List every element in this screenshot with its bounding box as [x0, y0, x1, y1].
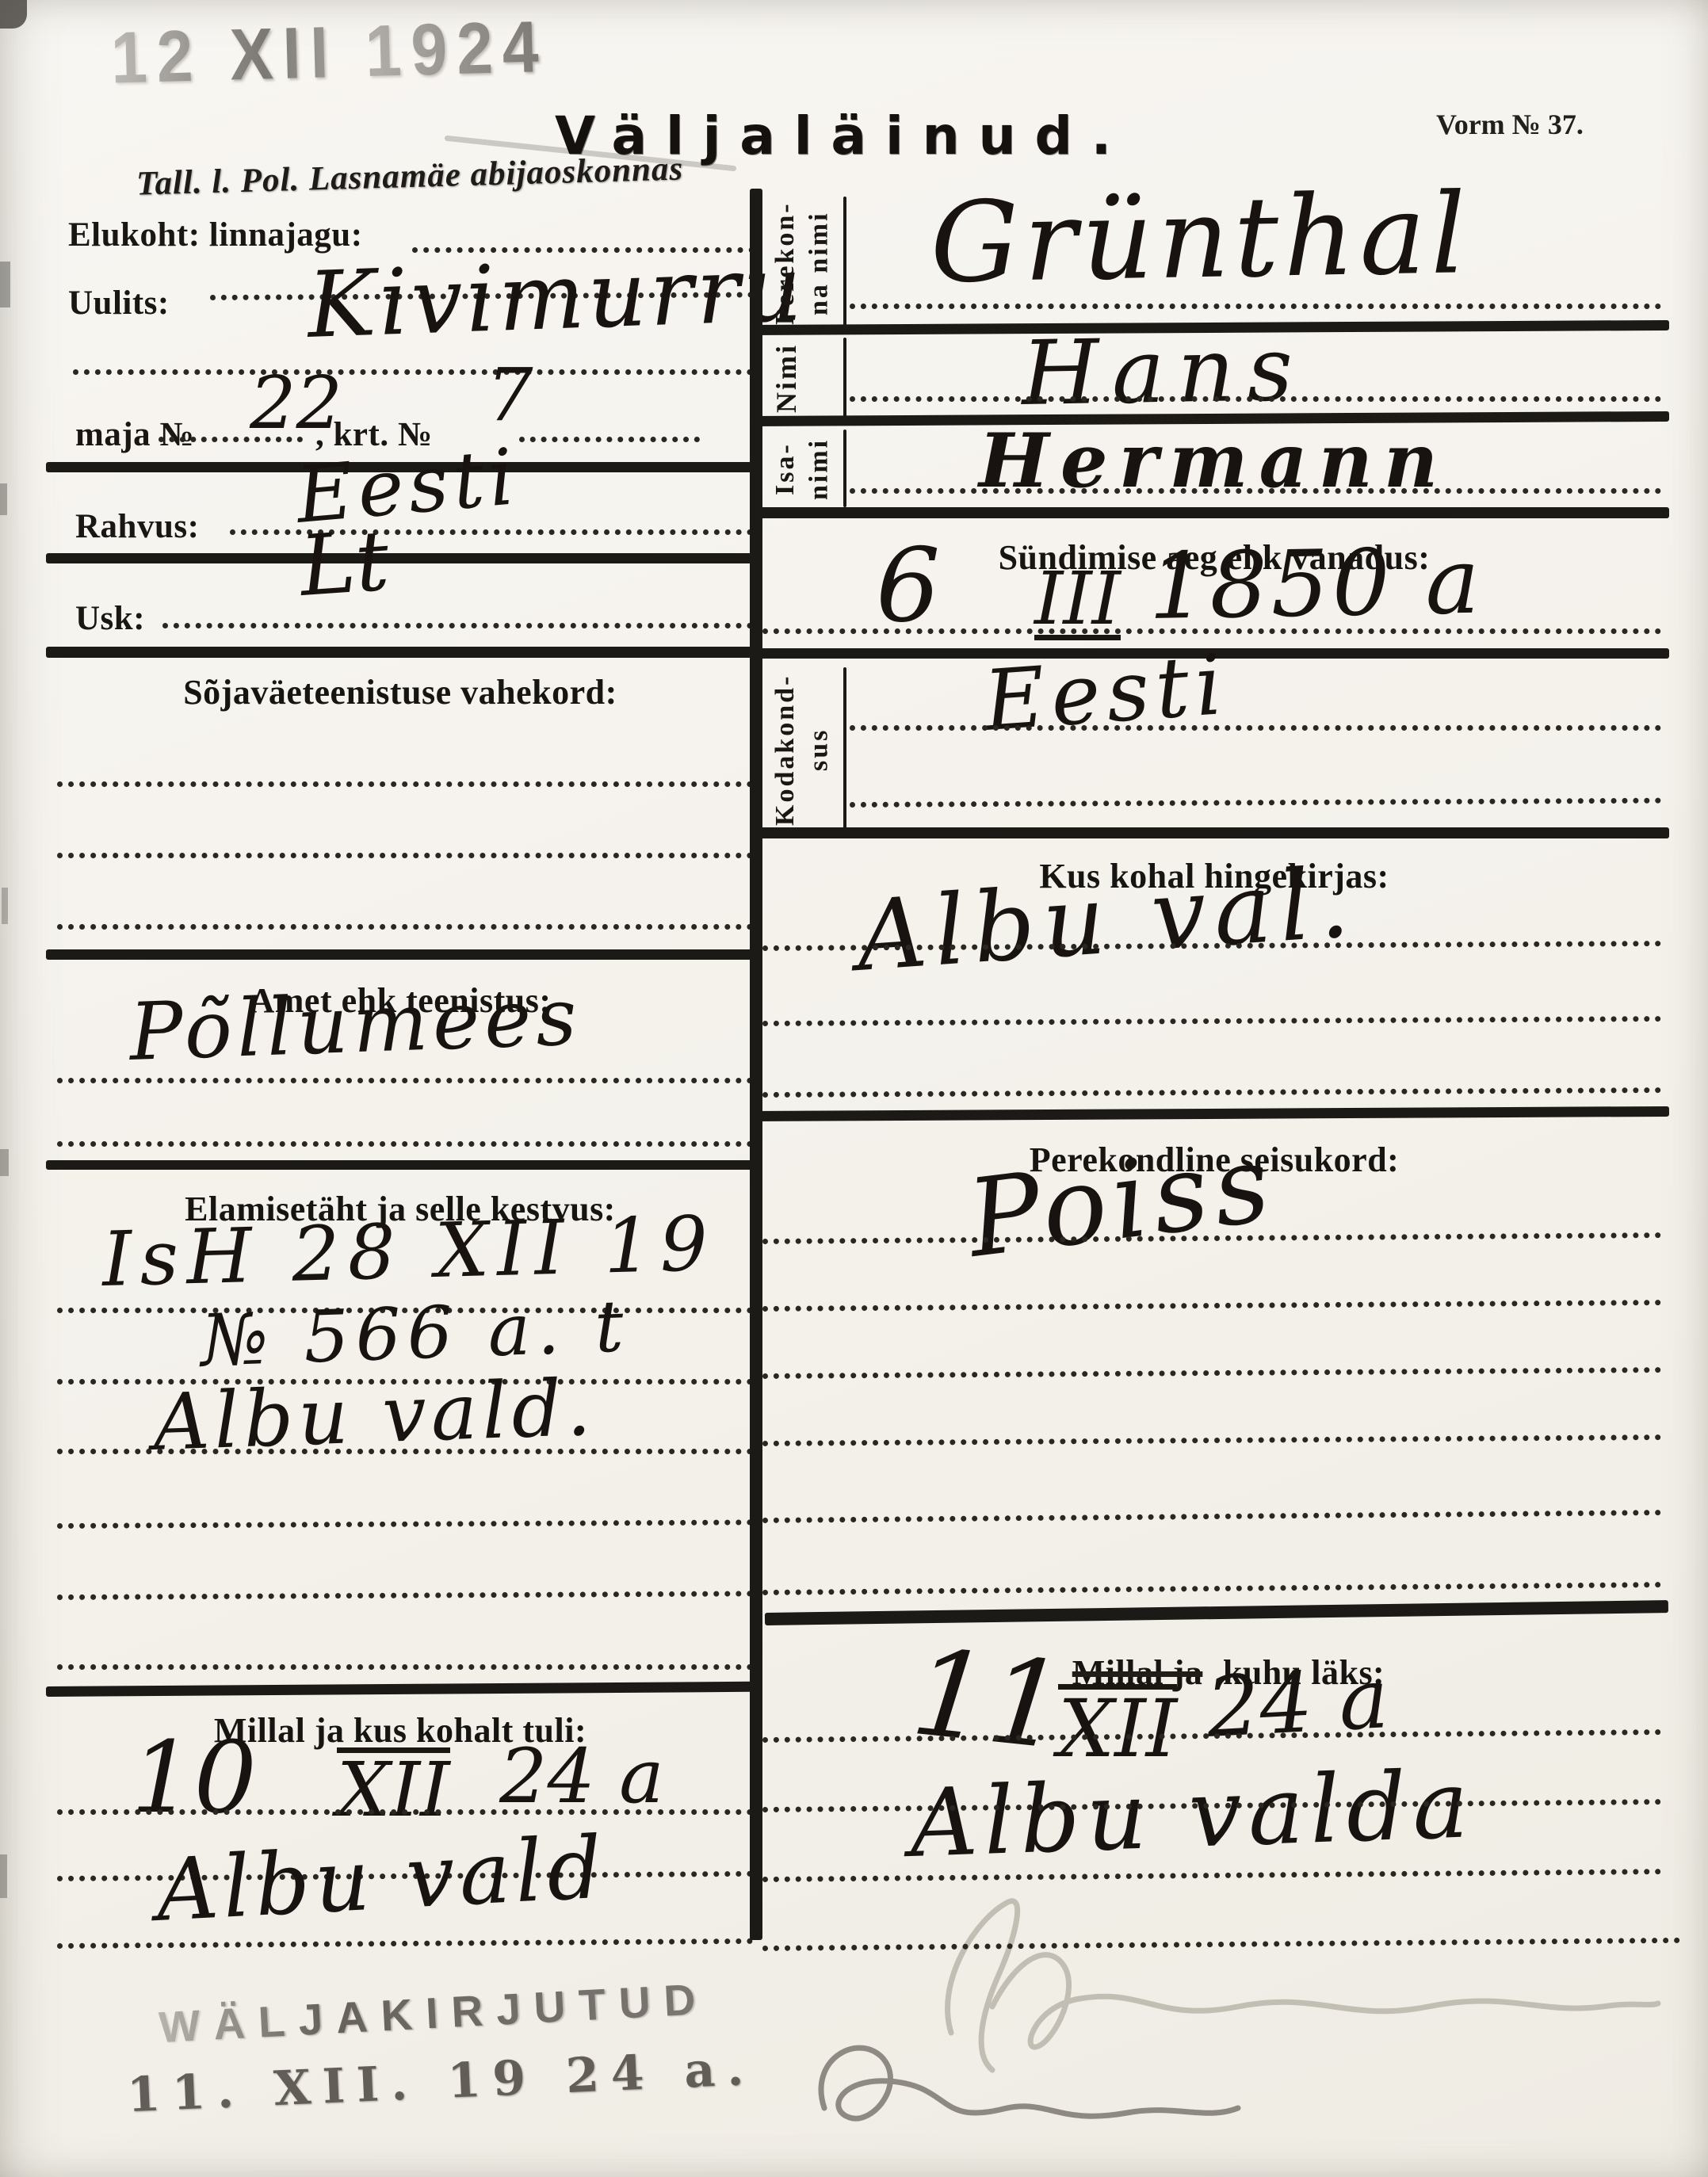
registry-value: Albu val.	[854, 859, 1359, 981]
edge-mark	[2, 888, 8, 924]
edge-mark	[0, 483, 7, 515]
military-heading: Sõjaväeteenistuse vahekord:	[48, 672, 753, 712]
dotted-line	[57, 1809, 753, 1815]
religion-value: Lt	[297, 523, 391, 604]
surname-value: Grünthal	[930, 185, 1472, 294]
occupation-value: Põllumees	[128, 981, 583, 1068]
dotted-line	[519, 437, 700, 442]
edge-mark	[0, 1854, 7, 1898]
departed-place: Albu valda	[908, 1762, 1476, 1866]
house-label: maja №	[75, 415, 194, 454]
apartment-value: 7	[487, 363, 533, 429]
dotted-line	[57, 1078, 753, 1083]
label-rule	[843, 197, 846, 328]
section-rule	[750, 1106, 1669, 1121]
permit-line2: № 566 a. t	[200, 1294, 631, 1373]
permit-line3: Albu vald.	[152, 1373, 597, 1459]
dotted-line	[57, 1591, 753, 1600]
dotted-line	[57, 1519, 753, 1529]
arrived-year: 24 a	[499, 1744, 664, 1812]
arrived-place: Albu vald	[155, 1829, 609, 1930]
section-rule	[46, 1682, 753, 1697]
dotted-line	[162, 623, 753, 628]
received-date-stamp: 12 XII 1924	[110, 6, 549, 101]
dotted-line	[762, 1434, 1661, 1446]
written-out-stamp: WÄLJAKIRJUTUD	[158, 1973, 710, 2053]
dotted-line	[762, 1367, 1661, 1379]
label-rule	[843, 430, 846, 507]
corner-blot	[0, 0, 27, 29]
section-rule	[46, 949, 753, 960]
dotted-line	[57, 1449, 753, 1454]
dotted-line	[57, 853, 753, 858]
departed-day: 11	[907, 1640, 1069, 1762]
dotted-line	[850, 304, 1661, 309]
surname-label: Perekon- na nimi	[769, 200, 845, 327]
edge-mark	[0, 1149, 9, 1176]
section-rule	[46, 1160, 753, 1170]
street-label: Uulits:	[68, 284, 170, 323]
dotted-line	[57, 1141, 753, 1147]
edge-mark	[0, 262, 10, 307]
section-rule	[46, 553, 753, 563]
dotted-line	[57, 924, 753, 930]
dotted-line	[57, 1664, 753, 1670]
dotted-line	[57, 781, 753, 787]
signature-pencil	[904, 1886, 1696, 2092]
dotted-line	[762, 1869, 1661, 1882]
dotted-line	[850, 798, 1661, 808]
section-rule	[765, 1600, 1668, 1625]
label-rule	[843, 338, 846, 417]
section-rule	[750, 507, 1669, 518]
scanned-form-page: 12 XII 1924 Väljaläinud. Vorm № 37. Tall…	[0, 0, 1708, 2177]
dotted-line	[762, 1510, 1661, 1523]
office-stamp: Tall. l. Pol. Lasnamäe abijaoskonnas	[136, 149, 683, 203]
departed-month: XII	[1058, 1684, 1177, 1765]
street-value: Kivimurru	[306, 248, 806, 347]
dotted-line	[762, 1300, 1661, 1312]
citizenship-label: Kodakond- sus	[769, 672, 845, 827]
permit-line1: IsH 28 XII 19	[101, 1211, 716, 1295]
birth-year: 1850 a	[1148, 541, 1484, 629]
column-divider	[750, 189, 762, 1940]
dotted-line	[159, 437, 303, 442]
written-out-date: 11. XII. 19 24 a.	[126, 2041, 757, 2124]
label-rule	[843, 667, 846, 829]
dotted-line	[762, 1087, 1661, 1098]
section-rule	[750, 827, 1669, 838]
dotted-line	[762, 1016, 1661, 1026]
father-label: Isa- nimi	[769, 433, 845, 506]
family-value: Poiss	[963, 1135, 1280, 1268]
father-value: Hermann	[979, 428, 1449, 495]
firstname-label: Nimi	[769, 341, 845, 415]
dotted-line	[850, 396, 1661, 402]
dotted-line	[762, 628, 1661, 634]
religion-label: Usk:	[75, 599, 145, 638]
nationality-label: Rahvus:	[75, 507, 199, 546]
section-rule	[46, 647, 753, 658]
district-label: Elukoht: linnajagu:	[68, 216, 363, 254]
dotted-line	[850, 725, 1661, 731]
birth-day: 6	[876, 540, 940, 632]
dotted-line	[762, 1582, 1661, 1595]
dotted-line	[850, 488, 1661, 494]
form-number: Vorm № 37.	[1436, 108, 1584, 141]
dotted-line	[73, 369, 753, 375]
